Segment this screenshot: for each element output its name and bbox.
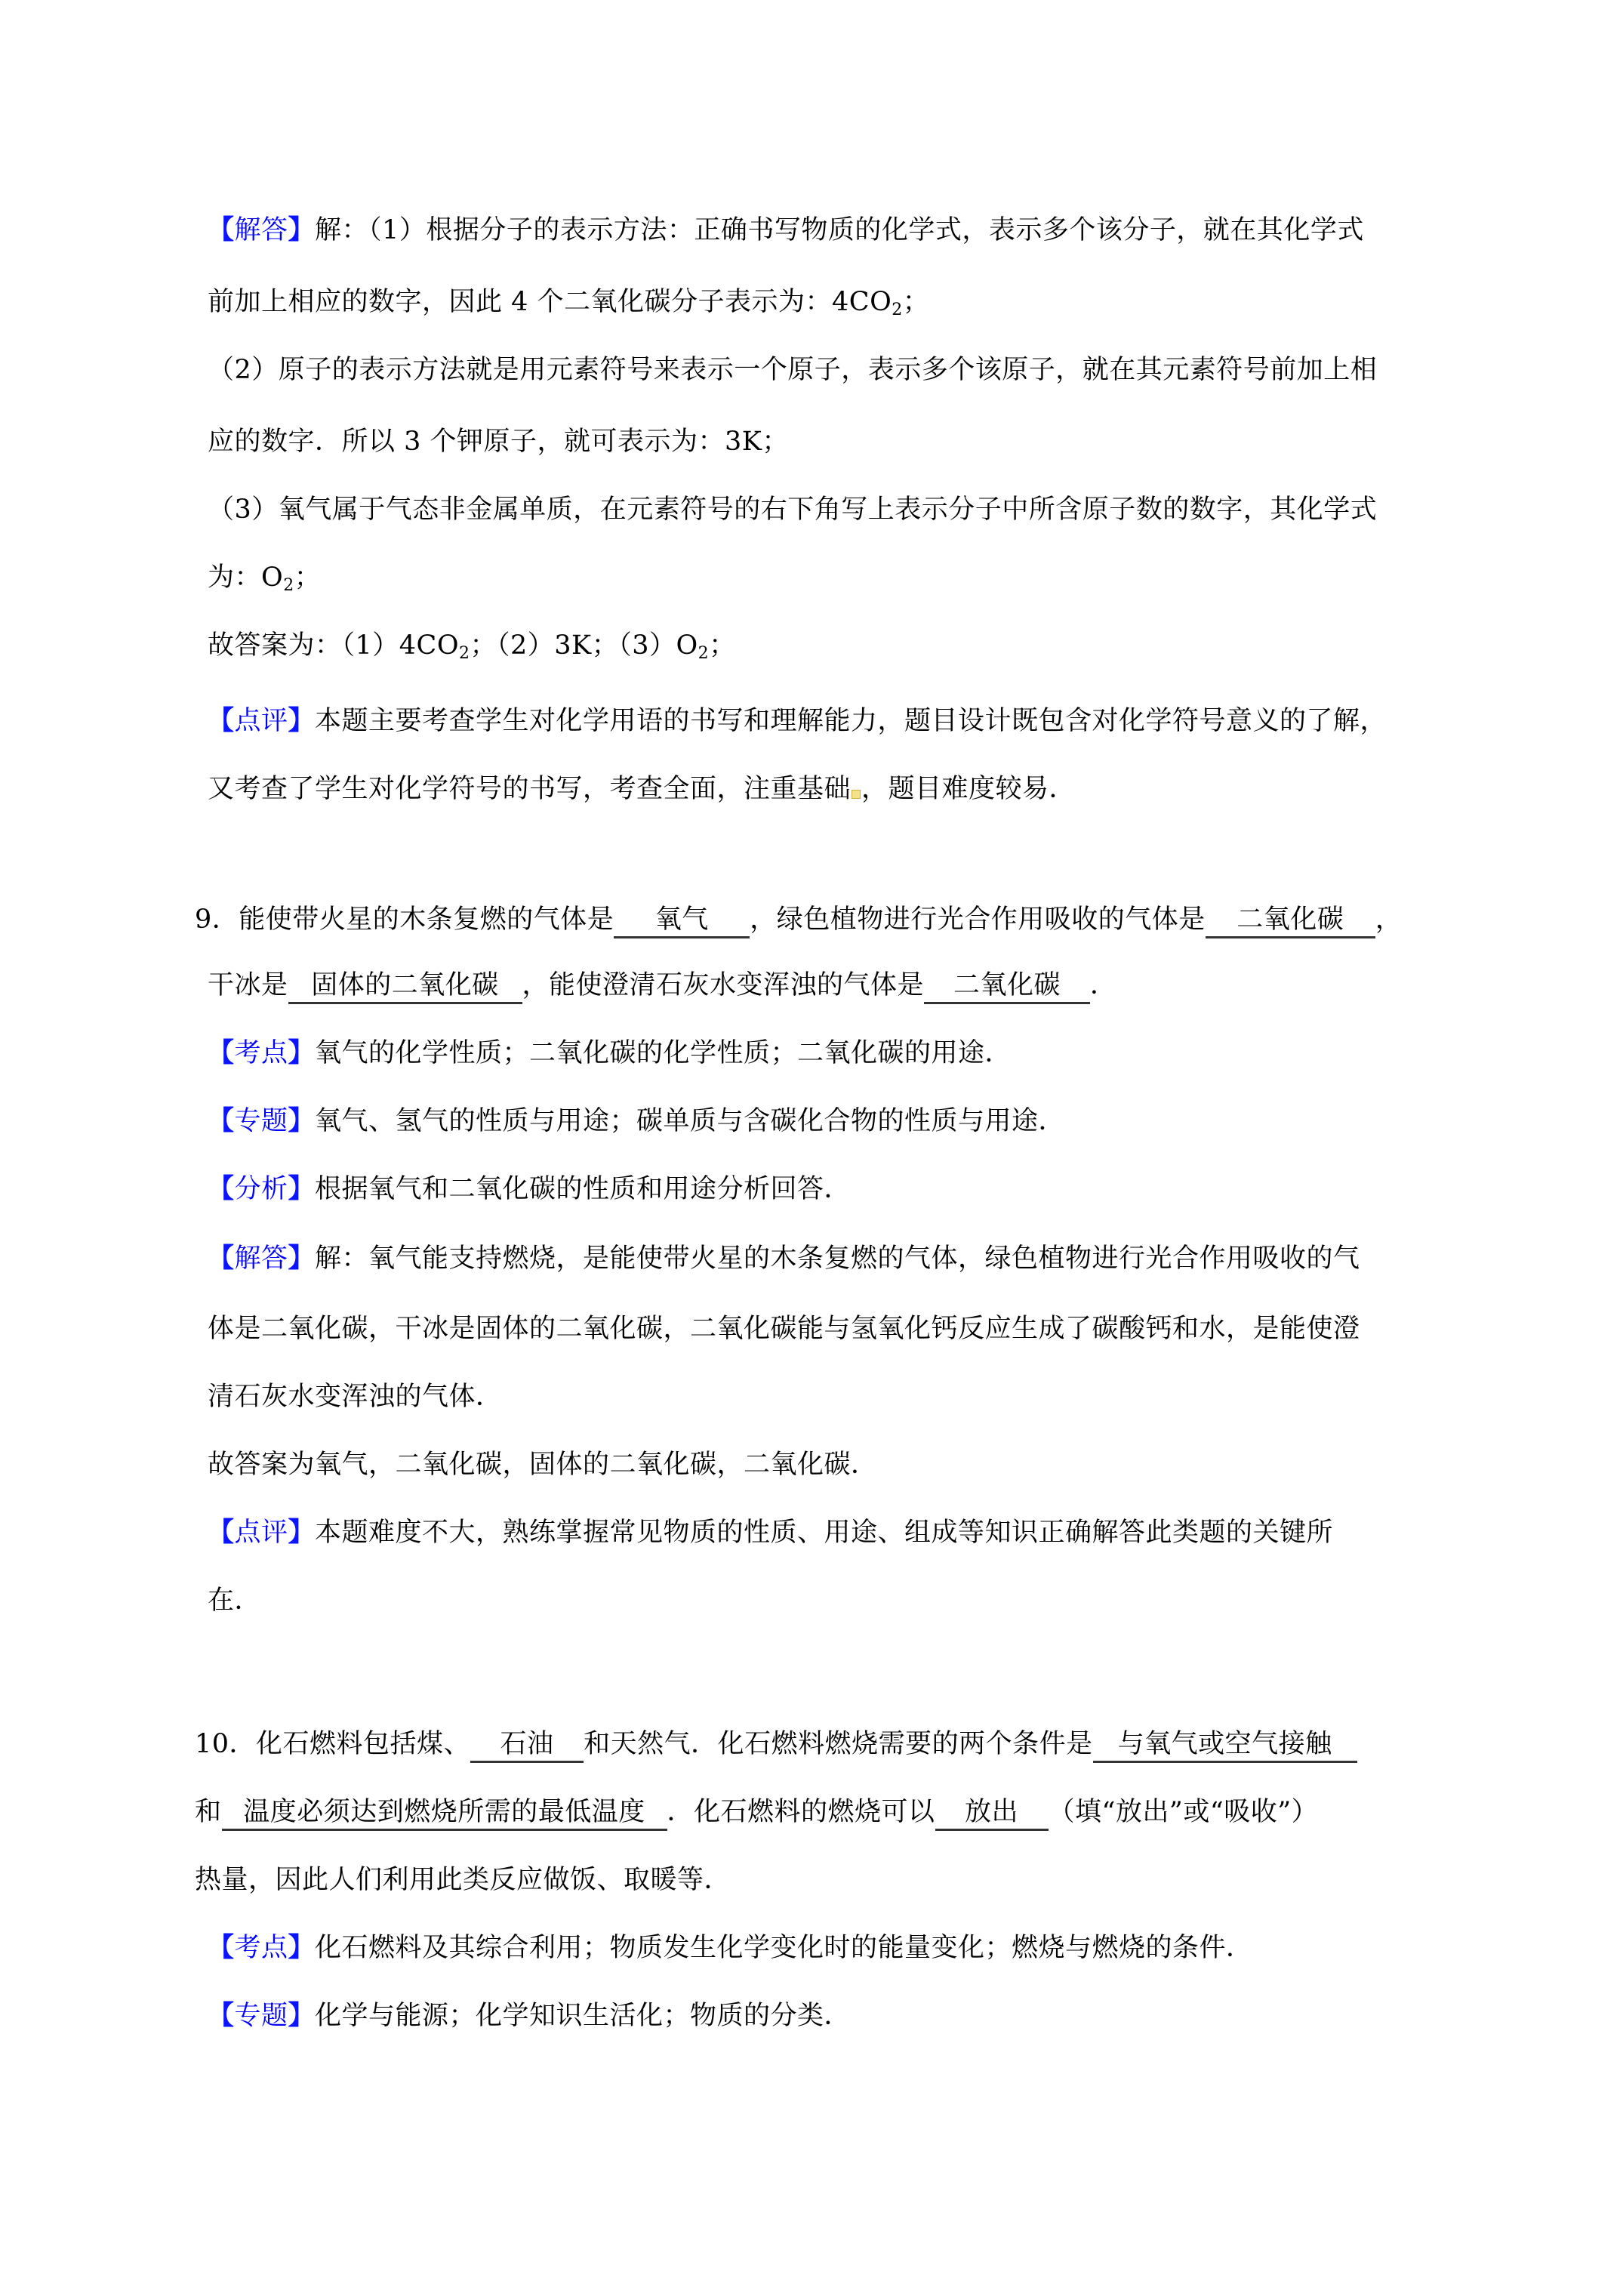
q10-stem-line-2: 和温度必须达到燃烧所需的最低温度．化石燃料的燃烧可以放出（填“放出”或“吸收”） xyxy=(195,1795,1318,1831)
q9-stem-line-2: 干冰是固体的二氧化碳，能使澄清石灰水变浑浊的气体是二氧化碳． xyxy=(208,969,1117,1004)
fill-blank: 石油 xyxy=(470,1727,584,1763)
q9-answer-line-1: 【解答】解：氧气能支持燃烧，是能使带火星的木条复燃的气体，绿色植物进行光合作用吸… xyxy=(208,1242,1360,1275)
comment-label: 【点评】 xyxy=(208,1518,315,1548)
question-number: 9． xyxy=(195,905,239,935)
fill-blank: 氧气 xyxy=(614,903,750,938)
prev-answer-line-3: （2）原子的表示方法就是用元素符号来表示一个原子，表示多个该原子，就在其元素符号… xyxy=(208,353,1377,387)
question-number: 10． xyxy=(195,1729,256,1759)
q9-final-answer: 故答案为氧气，二氧化碳，固体的二氧化碳，二氧化碳． xyxy=(208,1448,878,1481)
point-label: 【考点】 xyxy=(208,1038,315,1068)
prev-answer-line-5: （3）氧气属于气态非金属单质，在元素符号的右下角写上表示分子中所含原子数的数字，… xyxy=(208,493,1377,526)
edit-mark-icon xyxy=(852,790,861,799)
q9-analysis: 【分析】根据氧气和二氧化碳的性质和用途分析回答． xyxy=(208,1173,851,1206)
prev-comment-line-1: 【点评】本题主要考查学生对化学用语的书写和理解能力，题目设计既包含对化学符号意义… xyxy=(208,704,1387,738)
prev-answer-line-4: 应的数字．所以 3 个钾原子，就可表示为：3K； xyxy=(208,425,789,458)
prev-answer-line-1: 【解答】解：（1）根据分子的表示方法：正确书写物质的化学式，表示多个该分子，就在… xyxy=(208,214,1364,247)
q9-point: 【考点】氧气的化学性质；二氧化碳的化学性质；二氧化碳的用途． xyxy=(208,1037,1012,1070)
comment-label: 【点评】 xyxy=(208,706,315,736)
fill-blank: 二氧化碳 xyxy=(924,969,1090,1004)
topic-label: 【专题】 xyxy=(208,1106,315,1136)
prev-answer-line-6: 为：O2； xyxy=(208,561,321,594)
q9-comment-line-2: 在． xyxy=(208,1584,261,1617)
fill-blank: 固体的二氧化碳 xyxy=(288,969,522,1004)
q10-stem-line-1: 10．化石燃料包括煤、石油和天然气．化石燃料燃烧需要的两个条件是与氧气或空气接触 xyxy=(195,1727,1357,1763)
q9-answer-line-2: 体是二氧化碳，干冰是固体的二氧化碳，二氧化碳能与氢氧化钙反应生成了碳酸钙和水，是… xyxy=(208,1312,1360,1345)
q10-point: 【考点】化石燃料及其综合利用；物质发生化学变化时的能量变化；燃烧与燃烧的条件． xyxy=(208,1931,1253,1965)
q9-stem-line-1: 9．能使带火星的木条复燃的气体是氧气，绿色植物进行光合作用吸收的气体是二氧化碳， xyxy=(195,903,1402,938)
prev-comment-line-2: 又考查了学生对化学符号的书写，考查全面，注重基础，题目难度较易． xyxy=(208,772,1076,806)
answer-label: 【解答】 xyxy=(208,215,315,245)
q9-topic: 【专题】氧气、氢气的性质与用途；碳单质与含碳化合物的性质与用途． xyxy=(208,1105,1065,1138)
prev-answer-line-2: 前加上相应的数字，因此 4 个二氧化碳分子表示为：4CO2； xyxy=(208,285,929,319)
q10-stem-line-3: 热量，因此人们利用此类反应做饭、取暖等． xyxy=(195,1863,731,1897)
analysis-label: 【分析】 xyxy=(208,1174,315,1204)
fill-blank: 二氧化碳 xyxy=(1206,903,1375,938)
q9-comment-line-1: 【点评】本题难度不大，熟练掌握常见物质的性质、用途、组成等知识正确解答此类题的关… xyxy=(208,1516,1333,1549)
answer-label: 【解答】 xyxy=(208,1244,315,1274)
q10-topic: 【专题】化学与能源；化学知识生活化；物质的分类． xyxy=(208,1999,851,2032)
point-label: 【考点】 xyxy=(208,1933,315,1963)
q9-answer-line-3: 清石灰水变浑浊的气体． xyxy=(208,1380,503,1413)
topic-label: 【专题】 xyxy=(208,2001,315,2031)
fill-blank: 温度必须达到燃烧所需的最低温度 xyxy=(222,1795,667,1831)
prev-final-answer: 故答案为：（1）4CO2；（2）3K；（3）O2； xyxy=(208,629,736,662)
fill-blank: 放出 xyxy=(935,1795,1049,1831)
fill-blank: 与氧气或空气接触 xyxy=(1093,1727,1357,1763)
